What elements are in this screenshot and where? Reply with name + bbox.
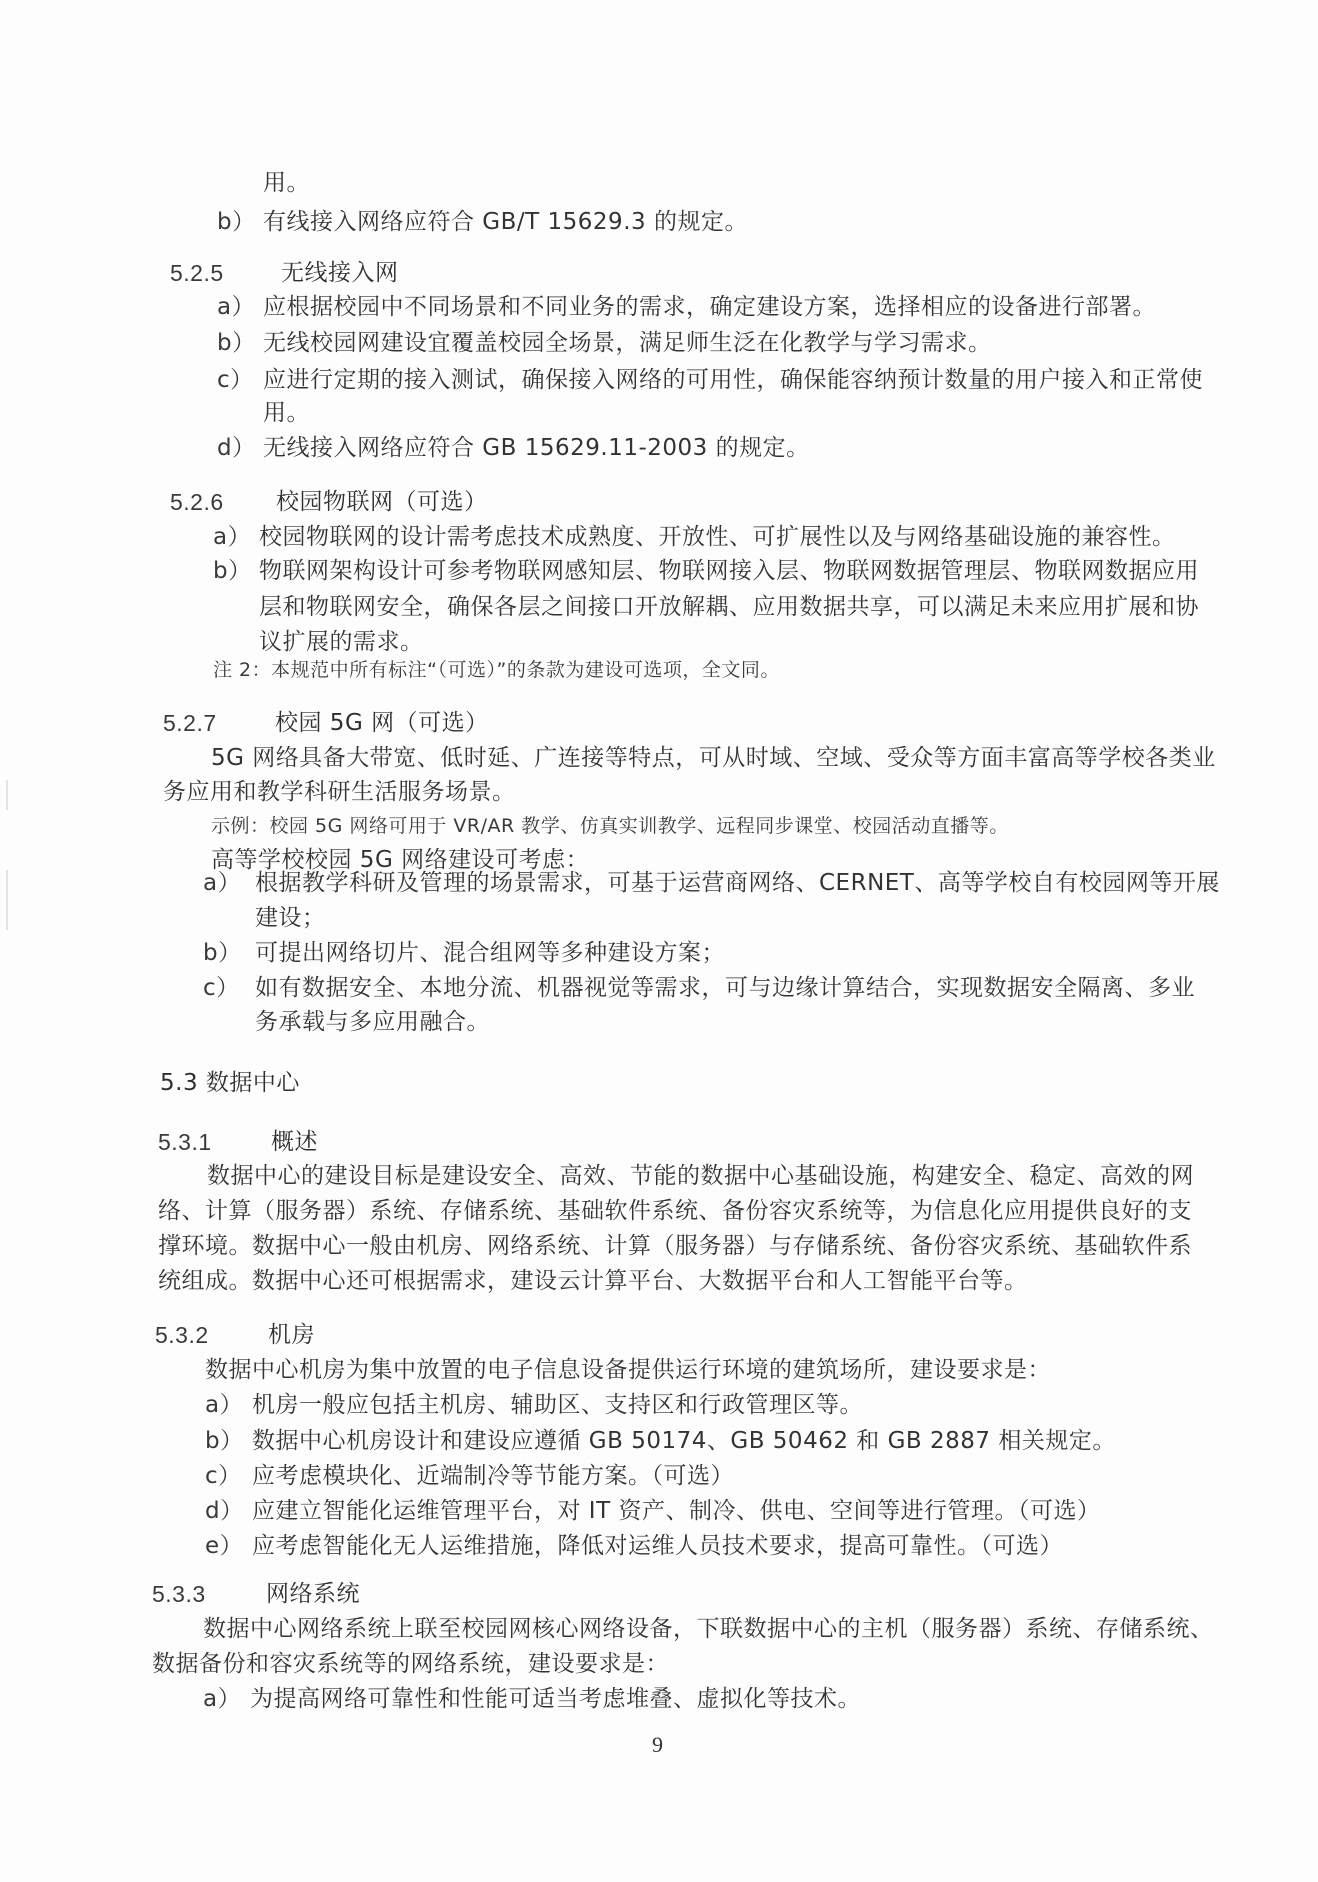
list-label: a） xyxy=(217,292,255,322)
list-label: b） xyxy=(217,207,256,237)
list-item-text: 无线接入网络应符合 GB 15629.11-2003 的规定。 xyxy=(263,433,810,463)
list-item-text: 为提高网络可靠性和性能可适当考虑堆叠、虚拟化等技术。 xyxy=(250,1684,861,1714)
list-label: c） xyxy=(217,365,254,395)
list-item-text: 可提出网络切片、混合组网等多种建设方案； xyxy=(255,938,725,968)
list-label: c） xyxy=(203,973,240,1003)
list-label: e） xyxy=(205,1531,243,1561)
list-item-text: 务承载与多应用融合。 xyxy=(255,1007,490,1037)
list-item-text: 层和物联网安全，确保各层之间接口开放解耦、应用数据共享，可以满足未来应用扩展和协 xyxy=(259,592,1199,622)
list-item-text: 议扩展的需求。 xyxy=(259,627,424,657)
list-label: a） xyxy=(213,522,251,552)
paragraph-line: 数据中心网络系统上联至校园网核心网络设备，下联数据中心的主机（服务器）系统、存储… xyxy=(203,1614,1214,1644)
section-title: 校园物联网（可选） xyxy=(276,487,488,517)
paragraph-line: 数据中心机房为集中放置的电子信息设备提供运行环境的建筑场所，建设要求是： xyxy=(205,1355,1051,1385)
list-item-text: 校园物联网的设计需考虑技术成熟度、开放性、可扩展性以及与网络基础设施的兼容性。 xyxy=(259,522,1176,552)
section-title: 无线接入网 xyxy=(281,258,399,288)
section-number: 5.3.3 xyxy=(152,1579,206,1609)
paragraph-line: 数据备份和容灾系统等的网络系统，建设要求是： xyxy=(152,1649,669,1679)
section-title: 5.3 数据中心 xyxy=(160,1068,300,1098)
list-item-text: 机房一般应包括主机房、辅助区、支持区和行政管理区等。 xyxy=(252,1390,863,1420)
list-item-text: 应建立智能化运维管理平台，对 IT 资产、制冷、供电、空间等进行管理。（可选） xyxy=(252,1496,1100,1526)
list-label: a） xyxy=(205,1390,243,1420)
list-item-text: 物联网架构设计可参考物联网感知层、物联网接入层、物联网数据管理层、物联网数据应用 xyxy=(259,556,1199,586)
section-number: 5.2.5 xyxy=(170,258,224,288)
section-number: 5.3.2 xyxy=(155,1320,209,1350)
note-text: 注 2：本规范中所有标注“（可选）”的条款为建设可选项，全文同。 xyxy=(213,655,780,685)
list-item-text: 无线校园网建设宜覆盖校园全场景，满足师生泛在化教学与学习需求。 xyxy=(263,328,992,358)
paragraph-line: 统组成。数据中心还可根据需求，建设云计算平台、大数据平台和人工智能平台等。 xyxy=(158,1266,1028,1296)
section-title: 校园 5G 网（可选） xyxy=(275,708,489,738)
list-label: b） xyxy=(203,938,242,968)
list-label: a） xyxy=(203,868,241,898)
section-title: 机房 xyxy=(268,1320,315,1350)
list-item-text: 数据中心机房设计和建设应遵循 GB 50174、GB 50462 和 GB 28… xyxy=(252,1426,1116,1456)
list-item-text: 有线接入网络应符合 GB/T 15629.3 的规定。 xyxy=(263,207,748,237)
section-number: 5.2.7 xyxy=(163,708,217,738)
paragraph-line: 数据中心的建设目标是建设安全、高效、节能的数据中心基础设施，构建安全、稳定、高效… xyxy=(207,1161,1194,1191)
list-label: d） xyxy=(217,433,256,463)
list-label: b） xyxy=(213,556,252,586)
section-number: 5.3.1 xyxy=(158,1127,212,1157)
list-label: a） xyxy=(203,1684,241,1714)
paragraph-line: 务应用和教学科研生活服务场景。 xyxy=(163,777,516,807)
list-item-text: 应进行定期的接入测试，确保接入网络的可用性，确保能容纳预计数量的用户接入和正常使 xyxy=(263,365,1203,395)
list-label: b） xyxy=(217,328,256,358)
paragraph-line: 撑环境。数据中心一般由机房、网络系统、计算（服务器）与存储系统、备份容灾系统、基… xyxy=(158,1231,1192,1261)
page-number: 9 xyxy=(652,1730,664,1760)
list-item-text: 应考虑智能化无人运维措施，降低对运维人员技术要求，提高可靠性。（可选） xyxy=(252,1531,1063,1561)
list-item-text: 如有数据安全、本地分流、机器视觉等需求，可与边缘计算结合，实现数据安全隔离、多业 xyxy=(255,973,1195,1003)
section-title: 网络系统 xyxy=(266,1579,360,1609)
scan-artifact xyxy=(6,870,8,930)
list-label: c） xyxy=(205,1461,242,1491)
paragraph-line: 5G 网络具备大带宽、低时延、广连接等特点，可从时域、空域、受众等方面丰富高等学… xyxy=(211,743,1216,773)
section-title: 概述 xyxy=(271,1127,318,1157)
list-item-text: 用。 xyxy=(263,398,310,428)
list-item-text: 根据教学科研及管理的场景需求，可基于运营商网络、CERNET、高等学校自有校园网… xyxy=(255,868,1220,898)
continuation-line: 用。 xyxy=(263,168,310,198)
list-item-text: 应根据校园中不同场景和不同业务的需求，确定建设方案，选择相应的设备进行部署。 xyxy=(263,292,1156,322)
list-label: b） xyxy=(205,1426,244,1456)
list-label: d） xyxy=(205,1496,244,1526)
list-item-text: 建设； xyxy=(255,903,326,933)
section-number: 5.2.6 xyxy=(170,487,224,517)
paragraph-line: 络、计算（服务器）系统、存储系统、基础软件系统、备份容灾系统等，为信息化应用提供… xyxy=(158,1196,1192,1226)
example-text: 示例：校园 5G 网络可用于 VR/AR 教学、仿真实训教学、远程同步课堂、校园… xyxy=(211,811,1009,841)
scan-artifact xyxy=(6,780,8,810)
list-item-text: 应考虑模块化、近端制冷等节能方案。（可选） xyxy=(252,1461,734,1491)
